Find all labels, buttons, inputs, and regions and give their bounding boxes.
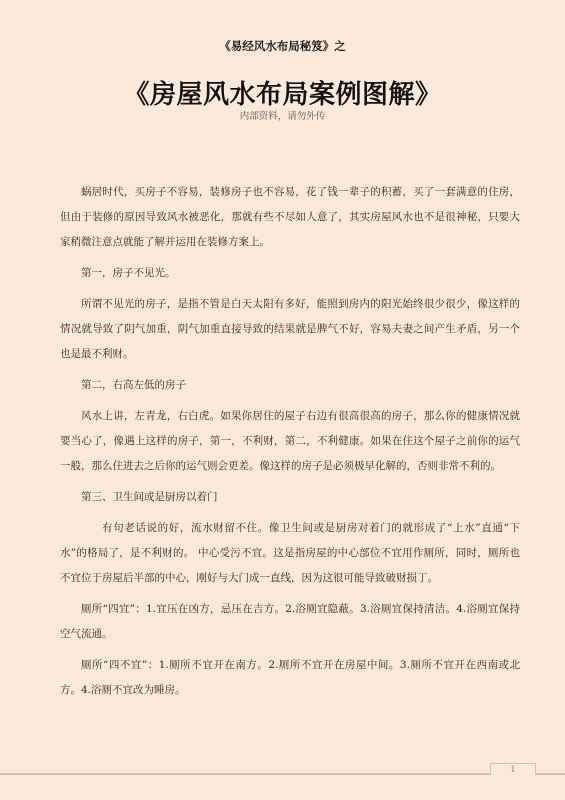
intro-paragraph: 蜗居时代，买房子不容易，装修房子也不容易，花了钱一辈子的积蓄，买了一套满意的住房…	[60, 180, 520, 255]
toilet-donts-paragraph: 厕所“四不宜”：1.厕所不宜开在南方。2.厕所不宜开在房屋中间。3.厕所不宜开在…	[60, 653, 520, 703]
document-subtitle: 内部资料，请勿外传	[0, 108, 565, 122]
section-heading-1: 第一，房子不见光。	[60, 261, 520, 286]
section-2-paragraph: 风水上讲，左青龙，右白虎。如果你居住的屋子右边有很高很高的房子，那么你的健康情况…	[60, 404, 520, 479]
document-body: 蜗居时代，买房子不容易，装修房子也不容易，花了钱一辈子的积蓄，买了一套满意的住房…	[60, 180, 520, 709]
series-title: 《易经风水布局秘笈》之	[0, 38, 565, 54]
document-title: 《房屋风水布局案例图解》	[0, 74, 565, 111]
page-number: 1	[490, 763, 536, 775]
section-1-paragraph: 所谓不见光的房子，是指不管是白天太阳有多好，能照到房内的阳光始终很少很少，像这样…	[60, 292, 520, 367]
toilet-dos-paragraph: 厕所“四宜”：1.宜压在凶方，忌压在吉方。2.浴厕宜隐蔽。3.浴厕宜保持清洁。4…	[60, 597, 520, 647]
section-heading-2: 第二，右高左低的房子	[60, 373, 520, 398]
footer-divider	[0, 773, 565, 775]
footer-divider-thin	[0, 770, 565, 771]
section-heading-3: 第三、卫生间或是厨房以着门	[60, 485, 520, 510]
section-3-paragraph: 有句老话说的好，流水财留不住。像卫生间或是厨房对着门的就形成了“上水”直通“下水…	[60, 516, 520, 591]
